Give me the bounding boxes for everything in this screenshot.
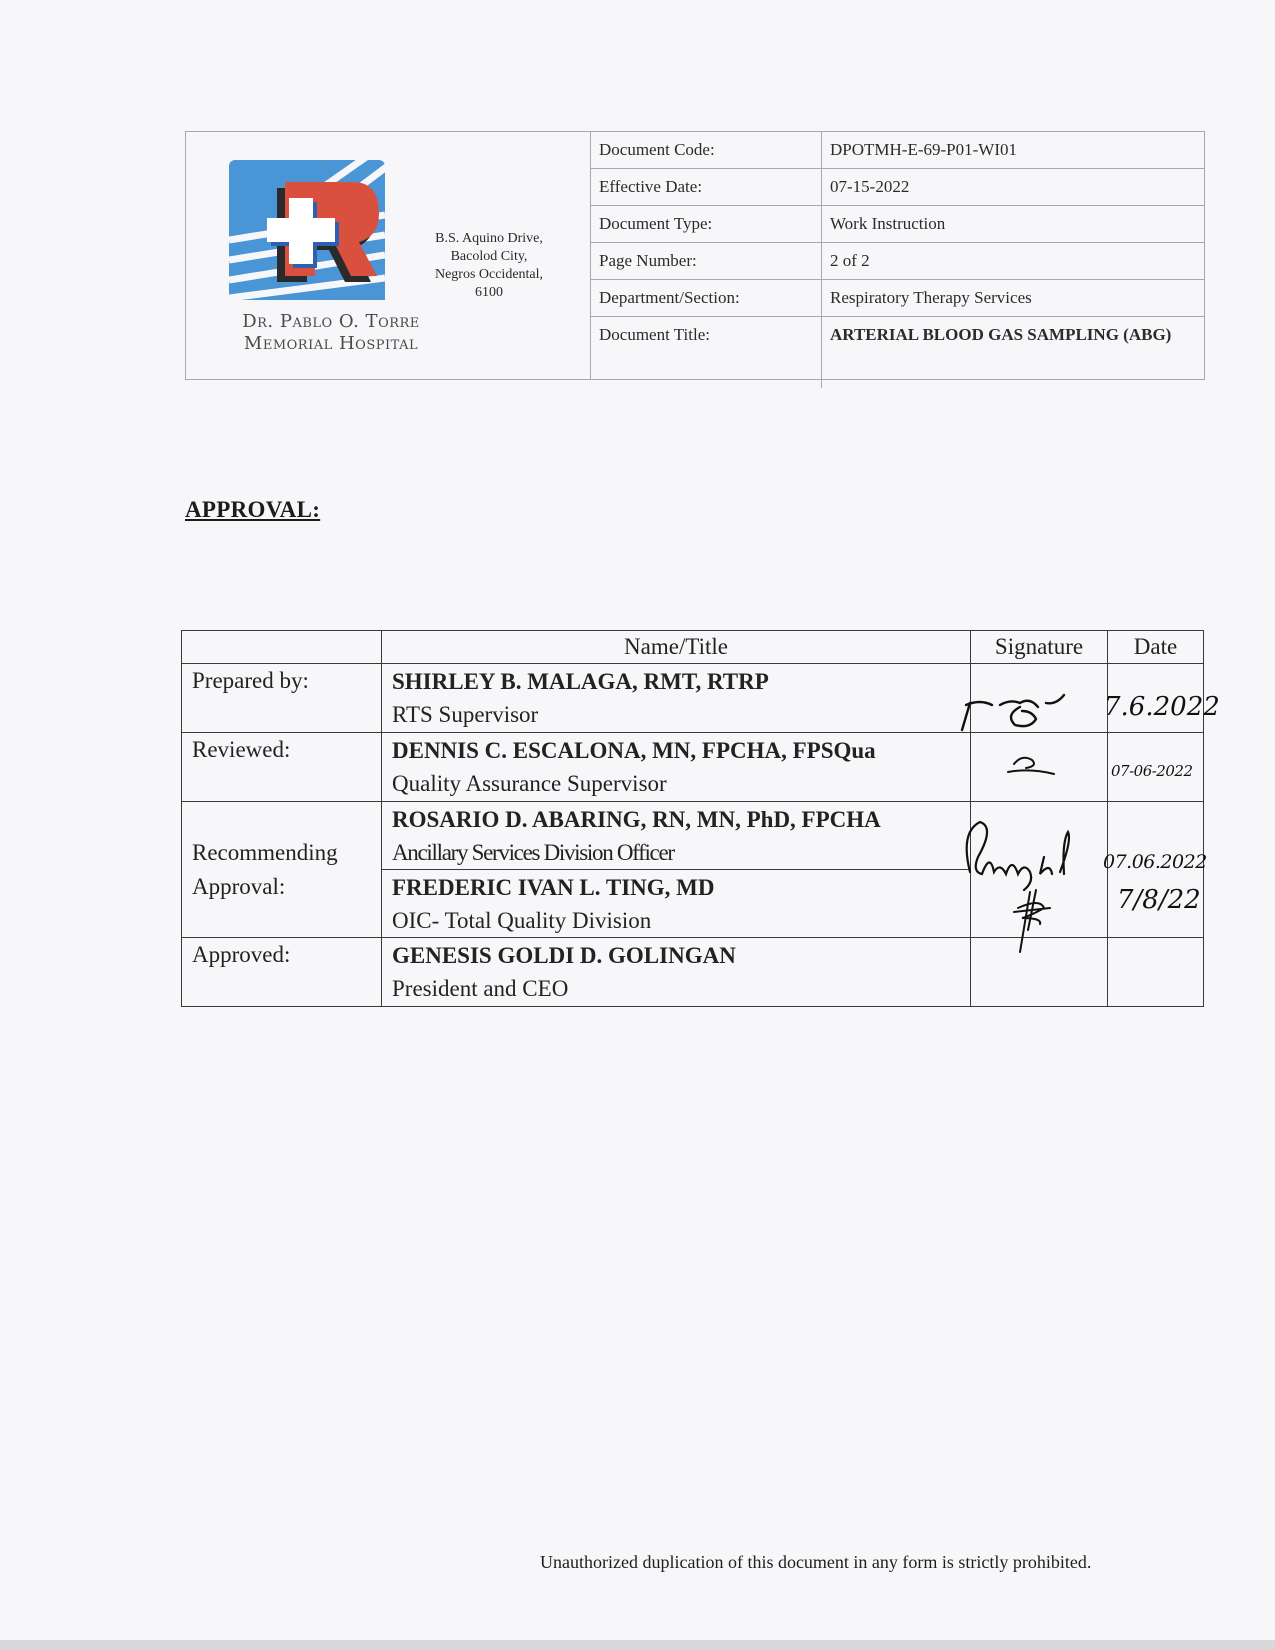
- address-line: Bacolod City,: [414, 248, 564, 266]
- date-handwritten: 7.6.2022: [1104, 692, 1220, 722]
- scan-edge: [0, 1640, 1275, 1650]
- footer-notice: Unauthorized duplication of this documen…: [540, 1552, 1091, 1573]
- page-number: 2 of 2: [822, 243, 1205, 280]
- document-header: Dr. Pablo O. Torre Memorial Hospital B.S…: [185, 131, 1205, 380]
- name-title-cell: DENNIS C. ESCALONA, MN, FPCHA, FPSQuaQua…: [382, 733, 971, 802]
- department-section: Respiratory Therapy Services: [822, 280, 1205, 317]
- signatory-title: OIC- Total Quality Division: [392, 905, 970, 937]
- date-handwritten: 7/8/22: [1117, 885, 1201, 915]
- col-signature: Signature: [971, 631, 1108, 664]
- name-title-cell: SHIRLEY B. MALAGA, RMT, RTRPRTS Supervis…: [382, 664, 971, 733]
- role-label: Approved:: [182, 938, 382, 1007]
- role-label: Recommending Approval:: [182, 802, 382, 938]
- name-title-cell: ROSARIO D. ABARING, RN, MN, PhD, FPCHAAn…: [382, 802, 971, 870]
- signatory-name: SHIRLEY B. MALAGA, RMT, RTRP: [392, 665, 970, 699]
- meta-key: Page Number:: [591, 243, 822, 280]
- role-label: Prepared by:: [182, 664, 382, 733]
- meta-key: Effective Date:: [591, 169, 822, 206]
- address-line: B.S. Aquino Drive,: [414, 230, 564, 248]
- signatory-title: Ancillary Services Division Officer: [392, 837, 970, 869]
- meta-key: Document Title:: [591, 317, 822, 389]
- hospital-name: Dr. Pablo O. Torre Memorial Hospital: [186, 311, 476, 355]
- document-code: DPOTMH-E-69-P01-WI01: [822, 132, 1205, 169]
- col-role: [182, 631, 382, 664]
- signature-escalona-icon: [1000, 752, 1060, 782]
- hospital-name-line2: Memorial Hospital: [186, 333, 476, 355]
- approval-heading: APPROVAL:: [185, 497, 320, 523]
- signatory-title: RTS Supervisor: [392, 699, 970, 731]
- role-label: Reviewed:: [182, 733, 382, 802]
- meta-row-effective-date: Effective Date:07-15-2022: [591, 169, 1204, 206]
- col-name-title: Name/Title: [382, 631, 971, 664]
- signature-malaga-icon: [950, 685, 1090, 745]
- signatory-title: President and CEO: [392, 973, 970, 1005]
- signatory-name: ROSARIO D. ABARING, RN, MN, PhD, FPCHA: [392, 803, 970, 837]
- hospital-branding: Dr. Pablo O. Torre Memorial Hospital B.S…: [186, 132, 591, 379]
- meta-row-code: Document Code:DPOTMH-E-69-P01-WI01: [591, 132, 1204, 169]
- approval-header-row: Name/Title Signature Date: [182, 631, 1204, 664]
- document-meta-table: Document Code:DPOTMH-E-69-P01-WI01 Effec…: [591, 132, 1204, 388]
- hospital-address: B.S. Aquino Drive, Bacolod City, Negros …: [414, 230, 564, 302]
- signatory-name: GENESIS GOLDI D. GOLINGAN: [392, 939, 970, 973]
- name-title-cell: FREDERIC IVAN L. TING, MDOIC- Total Qual…: [382, 870, 971, 938]
- meta-row-page: Page Number:2 of 2: [591, 243, 1204, 280]
- signatory-title: Quality Assurance Supervisor: [392, 768, 970, 800]
- document-type: Work Instruction: [822, 206, 1205, 243]
- date-handwritten: 07.06.2022: [1103, 851, 1207, 873]
- meta-row-type: Document Type:Work Instruction: [591, 206, 1204, 243]
- signatory-name: DENNIS C. ESCALONA, MN, FPCHA, FPSQua: [392, 734, 970, 768]
- address-line: 6100: [414, 284, 564, 302]
- signature-abaring-ting-icon: [960, 812, 1125, 962]
- meta-key: Document Type:: [591, 206, 822, 243]
- hospital-name-line1: Dr. Pablo O. Torre: [186, 311, 476, 333]
- address-line: Negros Occidental,: [414, 266, 564, 284]
- meta-row-department: Department/Section:Respiratory Therapy S…: [591, 280, 1204, 317]
- signatory-name: FREDERIC IVAN L. TING, MD: [392, 871, 970, 905]
- meta-row-title: Document Title:ARTERIAL BLOOD GAS SAMPLI…: [591, 317, 1204, 389]
- date-handwritten: 07-06-2022: [1111, 762, 1192, 780]
- effective-date: 07-15-2022: [822, 169, 1205, 206]
- col-date: Date: [1108, 631, 1204, 664]
- document-title: ARTERIAL BLOOD GAS SAMPLING (ABG): [822, 317, 1205, 389]
- meta-key: Department/Section:: [591, 280, 822, 317]
- name-title-cell: GENESIS GOLDI D. GOLINGANPresident and C…: [382, 938, 971, 1007]
- meta-key: Document Code:: [591, 132, 822, 169]
- hospital-logo-icon: [229, 160, 385, 310]
